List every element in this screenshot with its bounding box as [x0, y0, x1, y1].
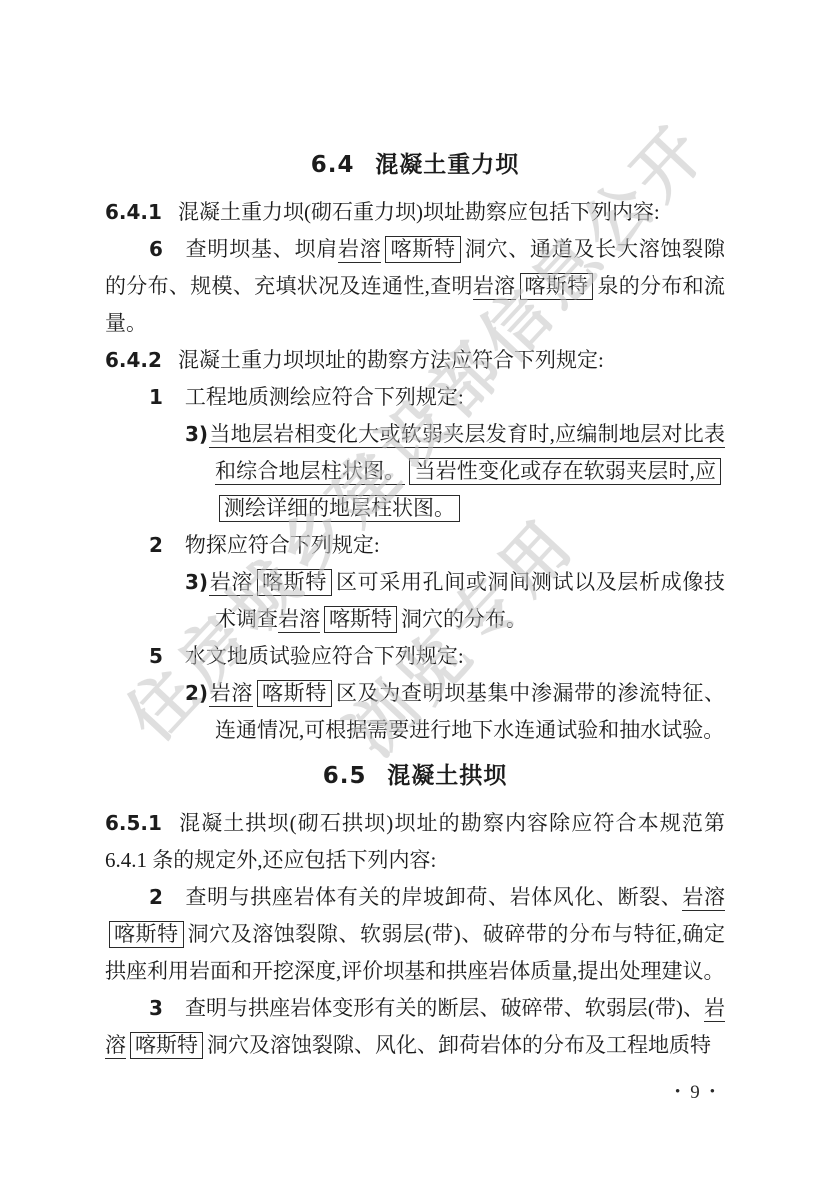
- section-title: 混凝土拱坝: [387, 763, 507, 789]
- revision-underlined-text: 岩溶: [682, 885, 725, 911]
- item-number: 3): [185, 570, 208, 594]
- item-number: 6: [149, 237, 163, 261]
- text-run: 洞穴及溶蚀裂隙、风化、卸荷岩体的分布及工程地质特: [207, 1033, 711, 1057]
- list-item: 2查明与拱座岩体有关的岸坡卸荷、岩体风化、断裂、岩溶喀斯特洞穴及溶蚀裂隙、软弱层…: [105, 879, 725, 990]
- document-flow: 6.4混凝土重力坝6.4.1混凝土重力坝(砌石重力坝)坝址勘察应包括下列内容:6…: [105, 150, 725, 1064]
- text-run: 物探应符合下列规定:: [185, 533, 380, 557]
- item-number: 5: [149, 644, 163, 668]
- section-title: 混凝土重力坝: [375, 152, 519, 178]
- item-number: 3: [149, 996, 163, 1020]
- revision-boxed-text: 喀斯特: [385, 236, 460, 263]
- item-number: 1: [149, 385, 163, 409]
- clause-number: 6.5.1: [105, 811, 162, 835]
- item-number: 3): [185, 422, 208, 446]
- text-run: 工程地质测绘应符合下列规定:: [185, 385, 464, 409]
- revision-boxed-text: 喀斯特: [324, 606, 397, 633]
- page-footer: •9•: [640, 1082, 750, 1104]
- list-item: 1工程地质测绘应符合下列规定:: [105, 379, 725, 416]
- text-run: 查明与拱座岩体变形有关的断层、破碎带、软弱层(带)、: [185, 996, 704, 1020]
- list-item: 6查明坝基、坝肩岩溶喀斯特洞穴、通道及长大溶蚀裂隙的分布、规模、充填状况及连通性…: [105, 231, 725, 342]
- list-item: 5水文地质试验应符合下列规定:: [105, 638, 725, 675]
- page: 6.4混凝土重力坝6.4.1混凝土重力坝(砌石重力坝)坝址勘察应包括下列内容:6…: [0, 0, 827, 1199]
- section-heading: 6.5混凝土拱坝: [105, 761, 725, 791]
- clause-number: 6.4.2: [105, 348, 162, 372]
- list-item: 2物探应符合下列规定:: [105, 527, 725, 564]
- text-run: 洞穴的分布。: [401, 607, 527, 631]
- sub-list-item: 3)岩溶喀斯特区可采用孔间或洞间测试以及层析成像技术调查岩溶喀斯特洞穴的分布。: [105, 564, 725, 638]
- text-run: 混凝土重力坝坝址的勘察方法应符合下列规定:: [178, 348, 604, 372]
- revision-boxed-text: 喀斯特: [520, 273, 594, 300]
- section-number: 6.4: [311, 152, 355, 178]
- section-heading: 6.4混凝土重力坝: [105, 150, 725, 180]
- revision-underlined-text: 岩溶: [209, 681, 253, 707]
- item-number: 2): [185, 681, 208, 705]
- page-number: 9: [690, 1082, 700, 1103]
- sub-list-item: 3)当地层岩相变化大或软弱夹层发育时,应编制地层对比表和综合地层柱状图。当岩性变…: [105, 416, 725, 527]
- text-run: 水文地质试验应符合下列规定:: [185, 644, 464, 668]
- clause-number: 6.4.1: [105, 200, 162, 224]
- revision-underlined-text: 岩溶: [338, 237, 382, 263]
- text-run: 查明坝基、坝肩: [185, 237, 338, 261]
- footer-left-dot: •: [675, 1084, 680, 1100]
- clause-paragraph: 6.5.1混凝土拱坝(砌石拱坝)坝址的勘察内容除应符合本规范第 6.4.1 条的…: [105, 805, 725, 879]
- clause-paragraph: 6.4.1混凝土重力坝(砌石重力坝)坝址勘察应包括下列内容:: [105, 194, 725, 231]
- text-run: 洞穴及溶蚀裂隙、软弱层(带)、破碎带的分布与特征,确定拱座利用岩面和开挖深度,评…: [105, 922, 725, 983]
- section-number: 6.5: [323, 763, 367, 789]
- item-number: 2: [149, 885, 163, 909]
- revision-boxed-text: 喀斯特: [109, 921, 184, 948]
- footer-right-dot: •: [710, 1084, 715, 1100]
- revision-boxed-text: 喀斯特: [130, 1032, 203, 1059]
- revision-underlined-text: 岩溶: [278, 607, 320, 633]
- revision-underlined-text: 岩溶: [473, 274, 516, 300]
- text-run: 混凝土拱坝(砌石拱坝)坝址的勘察内容除应符合本规范第 6.4.1 条的规定外,还…: [105, 811, 725, 872]
- revision-underlined-text: 岩溶: [209, 570, 253, 596]
- list-item: 3查明与拱座岩体变形有关的断层、破碎带、软弱层(带)、岩溶喀斯特洞穴及溶蚀裂隙、…: [105, 990, 725, 1064]
- item-number: 2: [149, 533, 163, 557]
- clause-paragraph: 6.4.2混凝土重力坝坝址的勘察方法应符合下列规定:: [105, 342, 725, 379]
- revision-boxed-text: 喀斯特: [257, 569, 332, 596]
- text-run: 查明与拱座岩体有关的岸坡卸荷、岩体风化、断裂、: [185, 885, 682, 909]
- text-run: 混凝土重力坝(砌石重力坝)坝址勘察应包括下列内容:: [178, 200, 660, 224]
- revision-boxed-text: 喀斯特: [257, 680, 332, 707]
- sub-list-item: 2)岩溶喀斯特区及为查明坝基集中渗漏带的渗流特征、连通情况,可根据需要进行地下水…: [105, 675, 725, 749]
